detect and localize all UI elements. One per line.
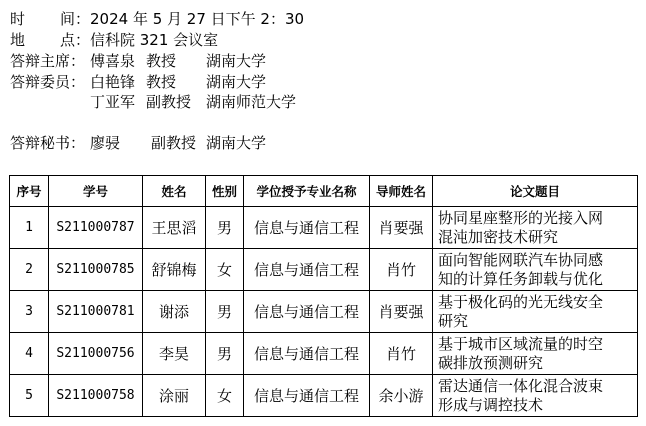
cell-name: 王思滔 (143, 207, 206, 249)
header-thesis-title: 论文题目 (433, 176, 638, 207)
cell-major: 信息与通信工程 (244, 333, 370, 375)
time-label-char-1: 时 (10, 9, 25, 30)
cell-no: 3 (10, 291, 49, 333)
cell-gender: 女 (206, 249, 244, 291)
header-no: 序号 (10, 176, 49, 207)
chair-org: 湖南大学 (206, 51, 266, 72)
secretary-title: 副教授 (151, 133, 196, 154)
chair-label: 答辩主席： (10, 51, 90, 72)
cell-no: 1 (10, 207, 49, 249)
cell-advisor: 肖要强 (370, 291, 433, 333)
time-value: 2024 年 5 月 27 日下午 2：30 (90, 9, 304, 30)
header-major: 学位授予专业名称 (244, 176, 370, 207)
cell-major: 信息与通信工程 (244, 291, 370, 333)
info-secretary: 答辩秘书： 廖骎 副教授 湖南大学 (10, 133, 90, 154)
secretary-org: 湖南大学 (206, 133, 266, 154)
cell-student-id: S211000785 (49, 249, 143, 291)
thesis-title-line-1: 雷达通信一体化混合波束 (438, 377, 637, 396)
place-label: 地点： (10, 30, 90, 51)
header-name: 姓名 (143, 176, 206, 207)
cell-gender: 男 (206, 333, 244, 375)
members-label: 答辩委员： (10, 72, 90, 93)
cell-name: 谢添 (143, 291, 206, 333)
table-row: 5 S211000758 涂丽 女 信息与通信工程 余小游 雷达通信一体化混合波… (10, 375, 638, 417)
cell-thesis-title: 基于城市区域流量的时空 碳排放预测研究 (433, 333, 638, 375)
member-name: 丁亚军 (90, 92, 135, 113)
info-chair: 答辩主席： 傅喜泉 教授 湖南大学 (10, 51, 90, 72)
cell-student-id: S211000758 (49, 375, 143, 417)
place-label-char-2: 点： (60, 30, 90, 51)
place-value: 信科院 321 会议室 (90, 30, 218, 51)
cell-no: 4 (10, 333, 49, 375)
cell-advisor: 肖竹 (370, 333, 433, 375)
info-member-1: 答辩委员： 白艳锋 教授 湖南大学 (10, 72, 90, 93)
cell-gender: 女 (206, 375, 244, 417)
cell-thesis-title: 基于极化码的光无线安全 研究 (433, 291, 638, 333)
thesis-title-line-2: 知的计算任务卸载与优化 (438, 270, 637, 289)
thesis-title-line-2: 混沌加密技术研究 (438, 228, 637, 247)
secretary-label: 答辩秘书： (10, 133, 90, 154)
header-gender: 性别 (206, 176, 244, 207)
cell-thesis-title: 雷达通信一体化混合波束 形成与调控技术 (433, 375, 638, 417)
place-label-char-1: 地 (10, 30, 25, 51)
member-name: 白艳锋 (90, 72, 135, 93)
cell-gender: 男 (206, 291, 244, 333)
thesis-title-line-1: 基于城市区域流量的时空 (438, 335, 637, 354)
cell-student-id: S211000756 (49, 333, 143, 375)
cell-gender: 男 (206, 207, 244, 249)
cell-major: 信息与通信工程 (244, 207, 370, 249)
chair-name: 傅喜泉 (90, 51, 135, 72)
cell-name: 涂丽 (143, 375, 206, 417)
thesis-title-line-2: 研究 (438, 312, 637, 331)
member-org: 湖南师范大学 (206, 92, 296, 113)
cell-name: 舒锦梅 (143, 249, 206, 291)
thesis-title-line-2: 碳排放预测研究 (438, 354, 637, 373)
thesis-title-line-1: 面向智能网联汽车协同感 (438, 251, 637, 270)
time-label-char-2: 间： (60, 9, 90, 30)
member-title: 副教授 (146, 92, 191, 113)
cell-advisor: 余小游 (370, 375, 433, 417)
table-row: 3 S211000781 谢添 男 信息与通信工程 肖要强 基于极化码的光无线安… (10, 291, 638, 333)
cell-major: 信息与通信工程 (244, 375, 370, 417)
cell-thesis-title: 面向智能网联汽车协同感 知的计算任务卸载与优化 (433, 249, 638, 291)
info-member-2: 丁亚军 副教授 湖南师范大学 (10, 92, 90, 113)
header-student-id: 学号 (49, 176, 143, 207)
table-row: 2 S211000785 舒锦梅 女 信息与通信工程 肖竹 面向智能网联汽车协同… (10, 249, 638, 291)
cell-advisor: 肖要强 (370, 207, 433, 249)
cell-advisor: 肖竹 (370, 249, 433, 291)
table-row: 4 S211000756 李昊 男 信息与通信工程 肖竹 基于城市区域流量的时空… (10, 333, 638, 375)
thesis-title-line-1: 基于极化码的光无线安全 (438, 293, 637, 312)
cell-no: 2 (10, 249, 49, 291)
info-place: 地点： 信科院 321 会议室 (10, 30, 90, 51)
defense-table: 序号 学号 姓名 性别 学位授予专业名称 导师姓名 论文题目 1 S211000… (9, 175, 638, 417)
cell-student-id: S211000787 (49, 207, 143, 249)
thesis-title-line-2: 形成与调控技术 (438, 396, 637, 415)
chair-title: 教授 (146, 51, 176, 72)
member-org: 湖南大学 (206, 72, 266, 93)
table-row: 1 S211000787 王思滔 男 信息与通信工程 肖要强 协同星座整形的光接… (10, 207, 638, 249)
secretary-name: 廖骎 (90, 133, 120, 154)
cell-major: 信息与通信工程 (244, 249, 370, 291)
cell-thesis-title: 协同星座整形的光接入网 混沌加密技术研究 (433, 207, 638, 249)
cell-student-id: S211000781 (49, 291, 143, 333)
cell-name: 李昊 (143, 333, 206, 375)
cell-no: 5 (10, 375, 49, 417)
info-time: 时间： 2024 年 5 月 27 日下午 2：30 (10, 9, 90, 30)
time-label: 时间： (10, 9, 90, 30)
header-advisor: 导师姓名 (370, 176, 433, 207)
thesis-title-line-1: 协同星座整形的光接入网 (438, 209, 637, 228)
table-header-row: 序号 学号 姓名 性别 学位授予专业名称 导师姓名 论文题目 (10, 176, 638, 207)
member-title: 教授 (146, 72, 176, 93)
